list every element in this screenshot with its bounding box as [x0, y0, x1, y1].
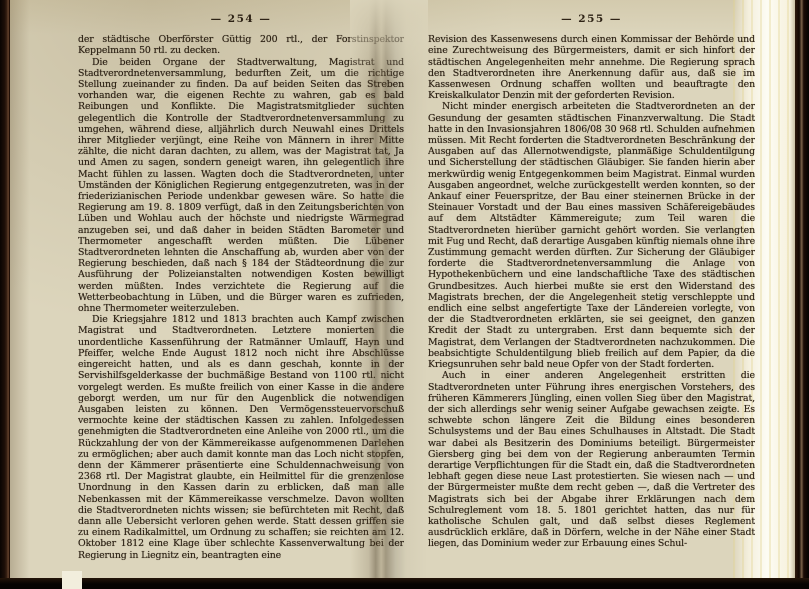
- scan-edge-left: [0, 0, 10, 589]
- page-left: — 254 — der städtische Oberförster Gütti…: [78, 14, 404, 574]
- book-scan: — 254 — der städtische Oberförster Gütti…: [0, 0, 809, 589]
- paragraph: Die beiden Organe der Stadtverwaltung, M…: [78, 57, 404, 315]
- paragraph: Revision des Kassenwesens durch einen Ko…: [428, 34, 755, 101]
- page-number-left: — 254 —: [78, 14, 404, 25]
- paragraph: Auch in einer anderen Angelegenheit erst…: [428, 370, 755, 549]
- page-number-right: — 255 —: [428, 14, 755, 25]
- page-right: — 255 — Revision des Kassenwesens durch …: [428, 14, 755, 574]
- paragraph: Nicht minder energisch arbeiteten die St…: [428, 101, 755, 370]
- scan-artifact: [62, 571, 82, 589]
- paragraph: Die Kriegsjahre 1812 und 1813 brachten a…: [78, 314, 404, 560]
- scan-edge-right: [795, 0, 809, 589]
- paragraph: der städtische Oberförster Güttig 200 rt…: [78, 34, 404, 56]
- scan-edge-bottom: [0, 578, 809, 589]
